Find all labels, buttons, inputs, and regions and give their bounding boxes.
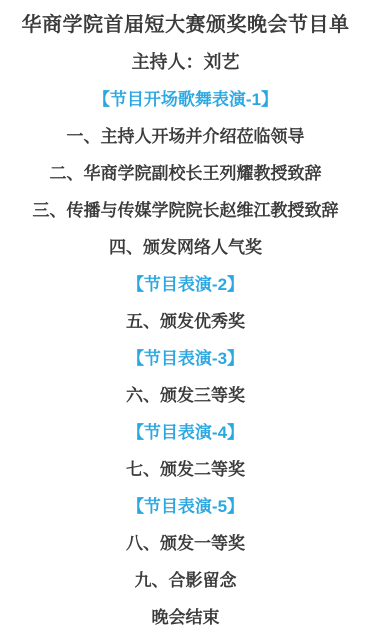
program-line: 一、主持人开场并介绍莅临领导 xyxy=(0,116,371,153)
performance-line: 【节目表演-5】 xyxy=(0,486,371,523)
program-line: 晚会结束 xyxy=(0,597,371,634)
host-line: 主持人：刘艺 xyxy=(0,42,371,79)
performance-line: 【节目表演-4】 xyxy=(0,412,371,449)
program-line: 四、颁发网络人气奖 xyxy=(0,227,371,264)
program-line: 二、华商学院副校长王列耀教授致辞 xyxy=(0,153,371,190)
program-line: 八、颁发一等奖 xyxy=(0,523,371,560)
performance-line: 【节目表演-2】 xyxy=(0,264,371,301)
performance-line: 【节目表演-3】 xyxy=(0,338,371,375)
program-line: 六、颁发三等奖 xyxy=(0,375,371,412)
program-document: 华商学院首届短大赛颁奖晚会节目单 主持人：刘艺 【节目开场歌舞表演-1】 一、主… xyxy=(0,0,371,634)
program-line: 五、颁发优秀奖 xyxy=(0,301,371,338)
program-line: 九、合影留念 xyxy=(0,560,371,597)
performance-line: 【节目开场歌舞表演-1】 xyxy=(0,79,371,116)
page-title: 华商学院首届短大赛颁奖晚会节目单 xyxy=(0,3,371,42)
program-line: 三、传播与传媒学院院长赵维江教授致辞 xyxy=(0,190,371,227)
program-line: 七、颁发二等奖 xyxy=(0,449,371,486)
